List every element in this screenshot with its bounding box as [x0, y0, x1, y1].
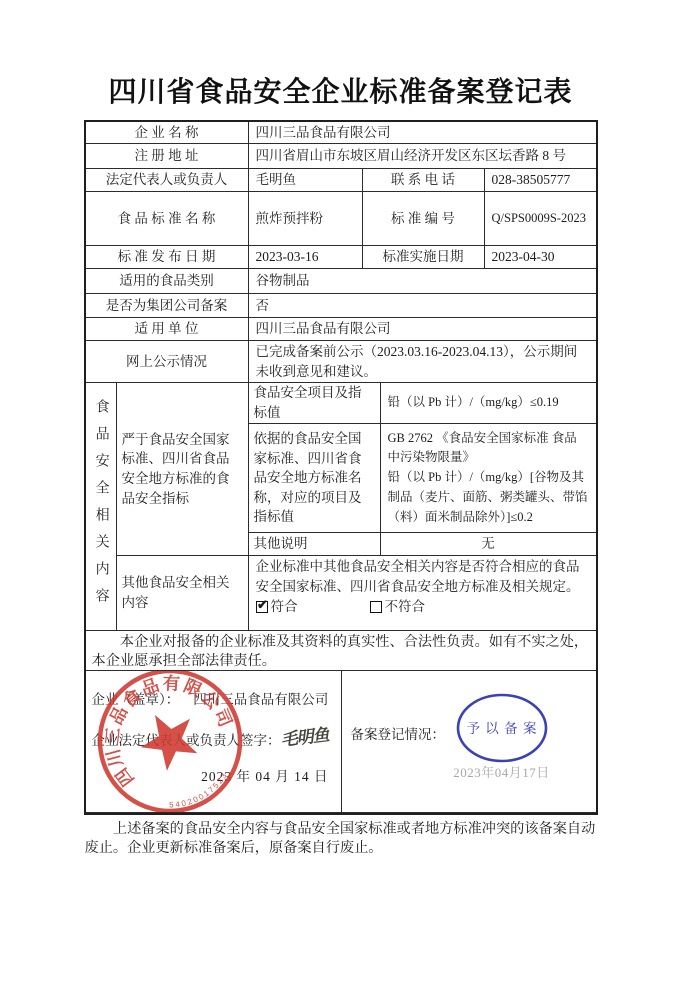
publicity-label: 网上公示情况 [86, 341, 249, 383]
food-category-label: 适用的食品类别 [86, 269, 249, 294]
responsibility-statement: 本企业对报备的企业标准及其资料的真实性、合法性负责。如有不实之处，本企业愿承担全… [86, 631, 596, 671]
food-safety-side-label-text: 食品安全相关内容 [90, 399, 110, 615]
safety-item-label: 食品安全项目及指标值 [249, 383, 381, 424]
address-value: 四川省眉山市东坡区眉山经济开发区东区坛香路 8 号 [249, 144, 596, 169]
other-note-value: 无 [381, 533, 596, 556]
std-name-value: 煎炸预拌粉 [249, 192, 363, 246]
std-no-value: Q/SPS0009S-2023 [485, 192, 596, 246]
company-seal-label: 企业（盖章）： [92, 692, 180, 707]
checkbox-unchecked-icon[interactable] [370, 601, 382, 613]
group-filing-value: 否 [249, 294, 596, 318]
apply-unit-label: 适 用 单 位 [86, 318, 249, 341]
legal-rep-signature: 毛明鱼 [279, 723, 330, 753]
company-sign-date: 2023 年 04 月 14 日 [201, 767, 328, 787]
legal-sign-label: 企业法定代表人或负责人签字： [92, 733, 281, 748]
address-label: 注 册 地 址 [86, 144, 249, 169]
publicity-value: 已完成备案前公示（2023.03.16-2023.04.13），公示期间未收到意… [249, 341, 596, 383]
phone-value: 028-38505777 [485, 169, 596, 192]
registration-date: 2023年04月17日 [452, 764, 552, 783]
pub-date-label: 标 准 发 布 日 期 [86, 246, 249, 269]
conformity-checkboxes: ✔ 符合 不符合 [256, 597, 589, 617]
approval-stamp-text: 予 以 备 案 [466, 721, 537, 736]
food-safety-grid: 食品安全相关内容 严于食品安全国家标准、四川省食品安全地方标准的食品安全指标 食… [86, 383, 596, 631]
std-no-label: 标 准 编 号 [363, 192, 485, 246]
company-name-label: 企 业 名 称 [86, 122, 249, 144]
checkbox-checked-icon[interactable]: ✔ [256, 601, 268, 613]
nonconform-label: 不符合 [385, 597, 426, 617]
other-note-label: 其他说明 [249, 533, 381, 556]
safety-item-value: 铅（以 Pb 计）/（mg/kg）≤0.19 [381, 383, 596, 424]
company-seal-value: 四川三品食品有限公司 [193, 692, 328, 707]
registration-status-cell: 备案登记情况： 予 以 备 案 2023年04月17日 [342, 671, 596, 813]
other-safety-cell: 企业标准中其他食品安全相关内容是否符合相应的食品安全国家标准、四川省食品安全地方… [249, 556, 596, 631]
other-safety-label: 其他食品安全相关内容 [117, 556, 249, 631]
group-filing-label: 是否为集团公司备案 [86, 294, 249, 318]
apply-unit-value: 四川三品食品有限公司 [249, 318, 596, 341]
registration-form-table: 企 业 名 称 四川三品食品有限公司 注 册 地 址 四川省眉山市东坡区眉山经济… [84, 120, 598, 815]
registration-status-label: 备案登记情况： [351, 725, 446, 745]
approval-blue-stamp: 予 以 备 案 [454, 691, 550, 765]
page-title: 四川省食品安全企业标准备案登记表 [0, 70, 681, 110]
legal-rep-value: 毛明鱼 [249, 169, 363, 192]
strict-indicator-label: 严于食品安全国家标准、四川省食品安全地方标准的食品安全指标 [117, 383, 249, 556]
phone-label: 联 系 电 话 [363, 169, 485, 192]
signature-section: 企业（盖章）：四川三品食品有限公司 企业法定代表人或负责人签字：毛明鱼 2023… [86, 671, 596, 813]
food-safety-side-label: 食品安全相关内容 [86, 383, 117, 631]
other-safety-text: 企业标准中其他食品安全相关内容是否符合相应的食品安全国家标准、四川省食品安全地方… [256, 557, 589, 596]
std-name-label: 食 品 标 准 名 称 [86, 192, 249, 246]
impl-date-label: 标准实施日期 [363, 246, 485, 269]
basis-standard-label: 依据的食品安全国家标准、四川省食品安全地方标准名称，对应的项目及指标值 [249, 424, 381, 533]
company-signature-cell: 企业（盖章）：四川三品食品有限公司 企业法定代表人或负责人签字：毛明鱼 2023… [86, 671, 342, 813]
company-name-value: 四川三品食品有限公司 [249, 122, 596, 144]
legal-rep-label: 法定代表人或负责人 [86, 169, 249, 192]
impl-date-value: 2023-04-30 [485, 246, 596, 269]
pub-date-value: 2023-03-16 [249, 246, 363, 269]
basic-info-grid: 企 业 名 称 四川三品食品有限公司 注 册 地 址 四川省眉山市东坡区眉山经济… [86, 122, 596, 383]
basis-standard-value: GB 2762 《食品安全国家标准 食品中污染物限量》 铅（以 Pb 计）/（m… [381, 424, 596, 533]
conform-label: 符合 [271, 597, 298, 617]
food-category-value: 谷物制品 [249, 269, 596, 294]
footer-note: 上述备案的食品安全内容与食品安全国家标准或者地方标准冲突的该备案自动废止。企业更… [85, 820, 597, 857]
